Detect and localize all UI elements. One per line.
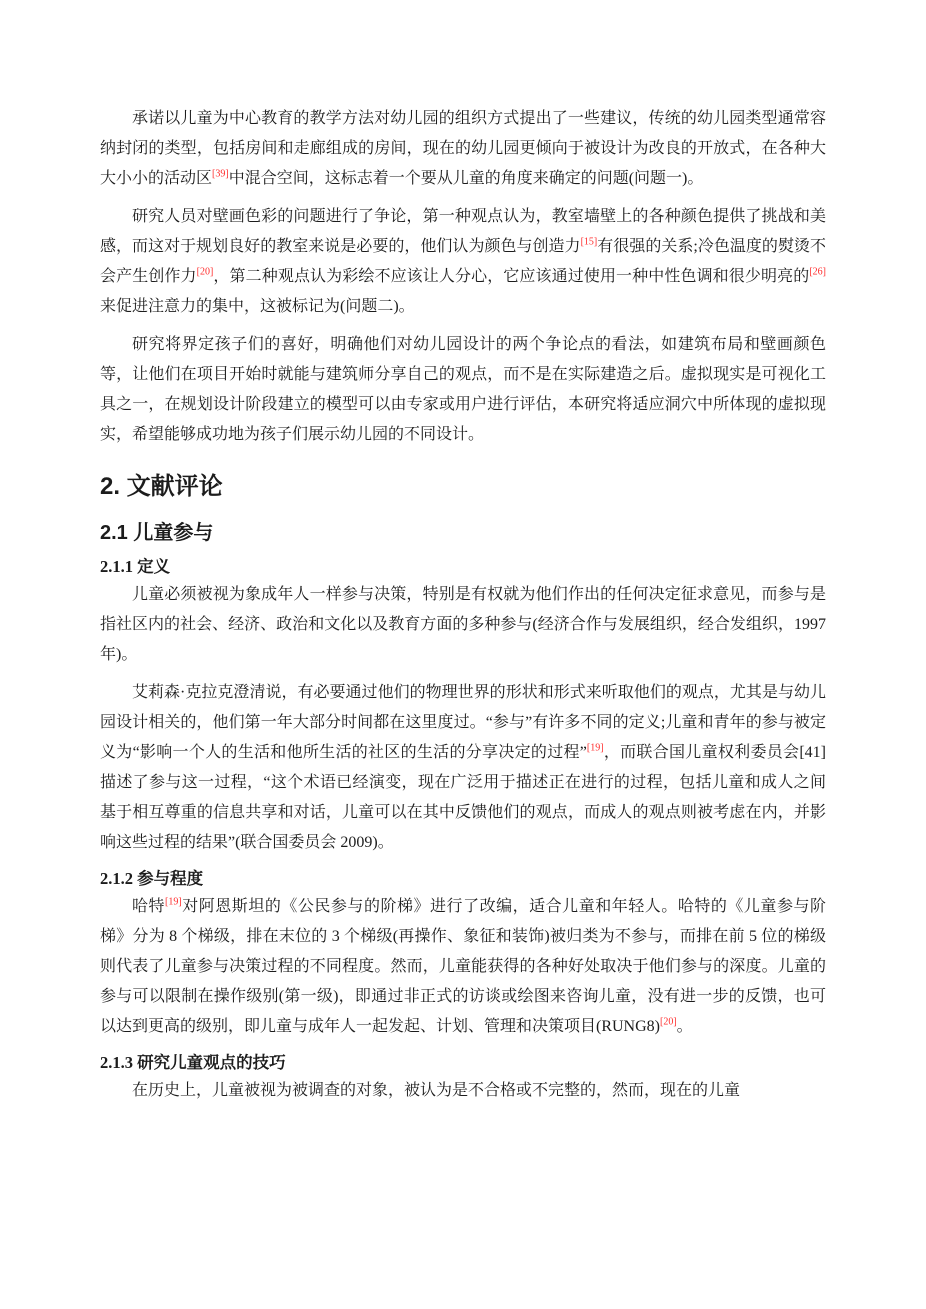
- text-run: 来促进注意力的集中，这被标记为(问题二)。: [100, 298, 415, 315]
- citation-superscript: [20]: [197, 267, 214, 278]
- text-column: 承诺以儿童为中心教育的教学方法对幼儿园的组织方式提出了一些建议，传统的幼儿园类型…: [100, 0, 826, 1106]
- heading-section-2-1-3-research-techniques: 2.1.3 研究儿童观点的技巧: [100, 1050, 826, 1076]
- paragraph-children-historical-view: 在历史上，儿童被视为被调查的对象，被认为是不合格或不完整的，然而，现在的儿童: [100, 1076, 826, 1106]
- citation-superscript: [19]: [587, 743, 604, 754]
- citation-superscript: [20]: [660, 1017, 677, 1028]
- paragraph-hart-ladder: 哈特[19]对阿恩斯坦的《公民参与的阶梯》进行了改编，适合儿童和年轻人。哈特的《…: [100, 892, 826, 1042]
- heading-section-2-literature-review: 2. 文献评论: [100, 470, 826, 504]
- citation-superscript: [15]: [581, 237, 598, 248]
- heading-section-2-1-children-participation: 2.1 儿童参与: [100, 518, 826, 548]
- text-run: 研究将界定孩子们的喜好，明确他们对幼儿园设计的两个争论点的看法，如建筑布局和壁画…: [100, 336, 826, 443]
- text-run: 儿童必须被视为象成年人一样参与决策，特别是有权就为他们作出的任何决定征求意见，而…: [100, 586, 826, 663]
- text-run: 哈特: [132, 898, 165, 915]
- heading-section-2-1-2-participation-degree: 2.1.2 参与程度: [100, 866, 826, 892]
- text-run: 。: [677, 1018, 693, 1035]
- paragraph-study-aims-vr: 研究将界定孩子们的喜好，明确他们对幼儿园设计的两个争论点的看法，如建筑布局和壁画…: [100, 330, 826, 450]
- document-page: { "page": { "background": "#ffffff", "te…: [0, 0, 926, 1309]
- text-run: ，第二种观点认为彩绘不应该让人分心，它应该通过使用一种中性色调和很少明亮的: [213, 268, 809, 285]
- paragraph-definition-of-participation: 儿童必须被视为象成年人一样参与决策，特别是有权就为他们作出的任何决定征求意见，而…: [100, 580, 826, 670]
- citation-superscript: [19]: [165, 897, 182, 908]
- text-run: 中混合空间，这标志着一个要从儿童的角度来确定的问题(问题一)。: [229, 170, 704, 187]
- paragraph-alison-clark-participation: 艾莉森·克拉克澄清说，有必要通过他们的物理世界的形状和形式来听取他们的观点，尤其…: [100, 678, 826, 858]
- citation-superscript: [26]: [809, 267, 826, 278]
- paragraph-mural-color-debate: 研究人员对壁画色彩的问题进行了争论，第一种观点认为，教室墙壁上的各种颜色提供了挑…: [100, 202, 826, 322]
- paragraph-kindergarten-organization: 承诺以儿童为中心教育的教学方法对幼儿园的组织方式提出了一些建议，传统的幼儿园类型…: [100, 104, 826, 194]
- citation-superscript: [39]: [212, 169, 229, 180]
- text-run: 在历史上，儿童被视为被调查的对象，被认为是不合格或不完整的，然而，现在的儿童: [132, 1082, 740, 1099]
- text-run: 对阿恩斯坦的《公民参与的阶梯》进行了改编，适合儿童和年轻人。哈特的《儿童参与阶梯…: [100, 898, 826, 1035]
- heading-section-2-1-1-definition: 2.1.1 定义: [100, 554, 826, 580]
